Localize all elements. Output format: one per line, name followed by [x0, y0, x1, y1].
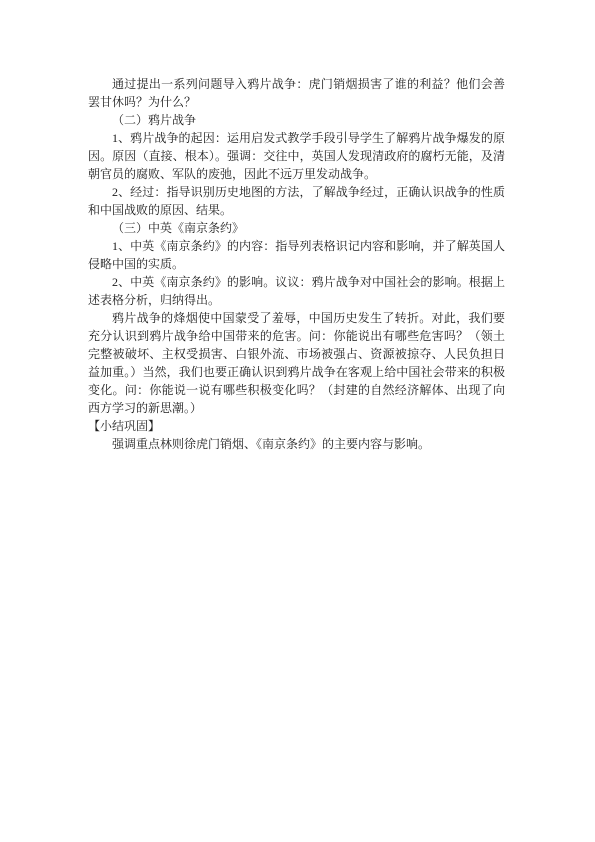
section-heading-nanjing-treaty: （三）中英《南京条约》: [88, 219, 505, 237]
heading-summary-consolidation: 【小结巩固】: [88, 417, 505, 435]
paragraph-treaty-impact: 2、中英《南京条约》的影响。议议：鸦片战争对中国社会的影响。根据上述表格分析，归…: [88, 273, 505, 309]
paragraph-treaty-content: 1、中英《南京条约》的内容：指导列表格识记内容和影响，并了解英国人侵略中国的实质…: [88, 237, 505, 273]
paragraph-war-cause: 1、鸦片战争的起因：运用启发式教学手段引导学生了解鸦片战争爆发的原因。原因（直接…: [88, 129, 505, 183]
document-page: 通过提出一系列问题导入鸦片战争：虎门销烟损害了谁的利益？他们会善罢甘休吗？为什么…: [0, 0, 595, 842]
paragraph-summary: 强调重点林则徐虎门销烟、《南京条约》的主要内容与影响。: [88, 435, 505, 453]
section-heading-opium-war: （二）鸦片战争: [88, 111, 505, 129]
lead-in-paragraph: 通过提出一系列问题导入鸦片战争：虎门销烟损害了谁的利益？他们会善罢甘休吗？为什么…: [88, 75, 505, 111]
paragraph-war-harm-and-positive-change: 鸦片战争的烽烟使中国蒙受了羞辱，中国历史发生了转折。对此，我们要充分认识到鸦片战…: [88, 309, 505, 417]
document-text-block: 通过提出一系列问题导入鸦片战争：虎门销烟损害了谁的利益？他们会善罢甘休吗？为什么…: [88, 75, 505, 453]
paragraph-war-course: 2、经过：指导识别历史地图的方法，了解战争经过，正确认识战争的性质和中国战败的原…: [88, 183, 505, 219]
